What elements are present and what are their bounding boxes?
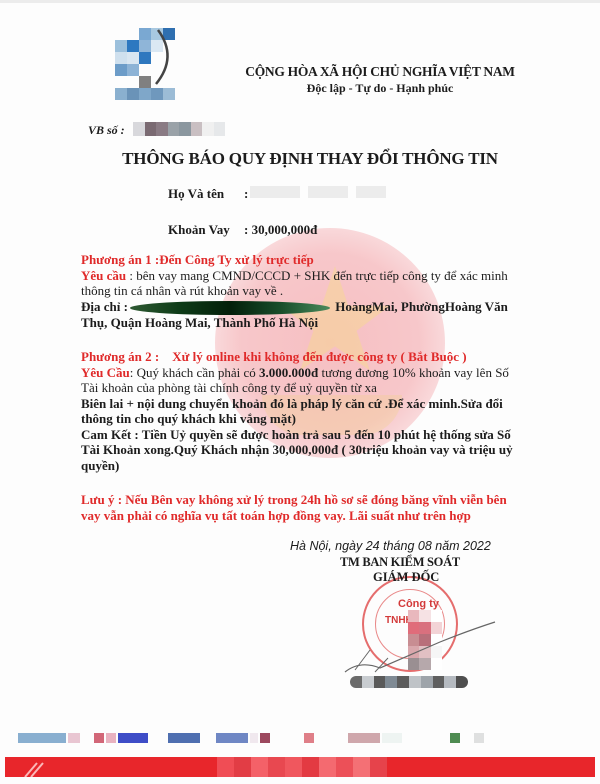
- footer-redacted-strip: [18, 733, 503, 743]
- banner-text-redacted: [217, 757, 387, 777]
- signature-icon: [340, 600, 500, 680]
- option1-req-label: Yêu cầu: [81, 268, 126, 283]
- address-label: Địa chỉ :: [81, 299, 128, 314]
- option2-req-amount: 3.000.000đ: [259, 365, 318, 380]
- option1-req-text: : bên vay mang CMND/CCCD + SHK đến trực …: [81, 268, 508, 299]
- option1-address: Địa chỉ : HoàngMai, PhườngHoàng Văn Thụ,…: [81, 299, 521, 331]
- document-page: CỘNG HÒA XÃ HỘI CHỦ NGHĨA VIỆT NAM Độc l…: [0, 0, 600, 784]
- sign-org: TM BAN KIỂM SOÁT: [340, 555, 460, 570]
- option2-requirement: Yêu Cầu: Quý khách cần phải có 3.000.000…: [81, 365, 521, 396]
- sign-title: GIÁM ĐỐC: [373, 570, 439, 585]
- option2-commitment: Cam Kết : Tiền Uỷ quyền sẽ được hoàn trả…: [81, 427, 521, 474]
- option2-section: Phương án 2 : Xử lý online khi không đến…: [81, 349, 521, 473]
- republic-heading: CỘNG HÒA XÃ HỘI CHỦ NGHĨA VIỆT NAM: [230, 64, 530, 80]
- banner-arrow-icon: [23, 757, 45, 777]
- option1-section: Phương án 1 :Đến Công Ty xử lý trực tiếp…: [81, 252, 521, 330]
- option1-heading: Phương án 1 :Đến Công Ty xử lý trực tiếp: [81, 252, 521, 268]
- top-edge: [0, 0, 600, 3]
- note-warning: Lưu ý : Nếu Bên vay không xử lý trong 24…: [81, 492, 521, 523]
- document-number-label: VB số :: [88, 123, 125, 138]
- document-number-redacted: [133, 122, 225, 136]
- sign-date: Hà Nội, ngày 24 tháng 08 năm 2022: [290, 539, 491, 553]
- document-title: THÔNG BÁO QUY ĐỊNH THAY ĐỔI THÔNG TIN: [100, 149, 520, 169]
- option1-requirement: Yêu cầu : bên vay mang CMND/CCCD + SHK đ…: [81, 268, 521, 299]
- option2-req-label: Yêu Cầu: [81, 365, 130, 380]
- footer-red-banner: [5, 757, 595, 777]
- option2-req-text-before: : Quý khách cần phải có: [130, 365, 259, 380]
- signer-name-redacted: [350, 676, 468, 688]
- option2-heading: Phương án 2 : Xử lý online khi không đến…: [81, 349, 521, 365]
- name-colon: :: [244, 186, 248, 202]
- loan-label: Khoản Vay: [168, 222, 230, 238]
- name-label: Họ Và tên: [168, 186, 224, 202]
- name-redacted: [250, 186, 410, 198]
- logo-arc-icon: [150, 22, 180, 92]
- loan-value: : 30,000,000đ: [244, 222, 317, 238]
- motto: Độc lập - Tự do - Hạnh phúc: [230, 81, 530, 96]
- option2-receipt: Biên lai + nội dung chuyển khoản đó là p…: [81, 396, 521, 427]
- address-redacted: [130, 301, 330, 315]
